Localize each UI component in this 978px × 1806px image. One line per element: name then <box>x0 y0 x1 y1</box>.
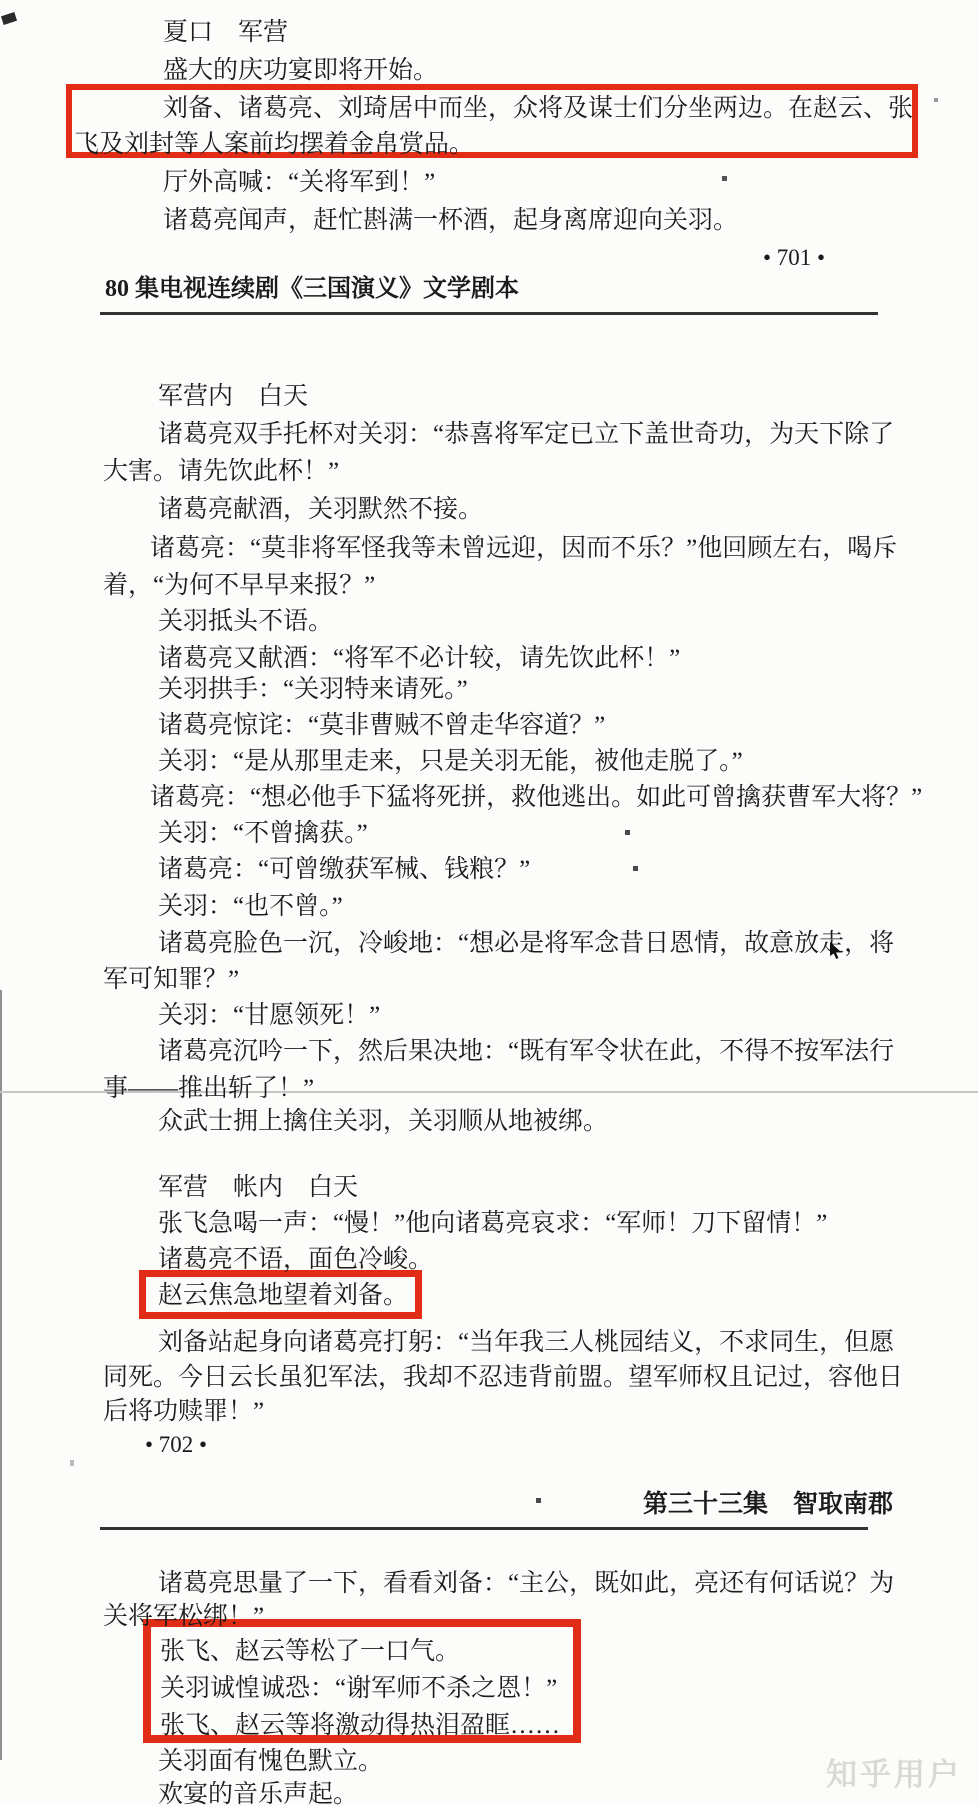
text-line: 张飞急喝一声：“慢！”他向诸葛亮哀求：“军师！刀下留情！” <box>158 1210 827 1238</box>
text-line: 赵云焦急地望着刘备。 <box>158 1282 408 1310</box>
running-header: 80 集电视连续剧《三国演义》文学剧本 <box>105 276 519 303</box>
text-line: 诸葛亮献酒，关羽默然不接。 <box>158 496 483 524</box>
text-line: 诸葛亮思量了一下，看看刘备：“主公，既如此，亮还有何话说？为 <box>158 1570 894 1598</box>
text-line: 刘备站起身向诸葛亮打躬：“当年我三人桃园结义，不求同生，但愿 <box>158 1329 894 1357</box>
text-line: 诸葛亮：“可曾缴获军械、钱粮？” <box>158 856 530 884</box>
text-line: 诸葛亮又献酒：“将军不必计较，请先饮此杯！” <box>158 645 680 673</box>
text-line: 欢宴的音乐声起。 <box>158 1781 358 1806</box>
zhihu-watermark: 知乎用户 <box>826 1749 962 1794</box>
text-line: 关羽面有愧色默立。 <box>158 1748 383 1776</box>
text-line: 大害。请先饮此杯！” <box>103 458 339 486</box>
page-number-701: • 701 • <box>763 245 825 271</box>
text-line: 盛大的庆功宴即将开始。 <box>163 57 438 85</box>
text-line: 关羽：“也不曾。” <box>158 893 343 921</box>
text-line: 关羽诚惶诚恐：“谢军师不杀之恩！” <box>160 1675 557 1703</box>
text-line: 刘备、诸葛亮、刘琦居中而坐，众将及谋士们分坐两边。在赵云、张 <box>163 95 913 123</box>
text-line: 诸葛亮闻声，赶忙斟满一杯酒，起身离席迎向关羽。 <box>163 207 738 235</box>
text-line: 诸葛亮：“莫非将军怪我等未曾远迎，因而不乐？”他回顾左右，喝斥 <box>150 535 897 563</box>
text-line: 关羽抵头不语。 <box>158 608 333 636</box>
scene-heading-tent-day: 军营 帐内 白天 <box>158 1174 358 1202</box>
text-line: 军可知罪？” <box>103 966 239 994</box>
text-line: 诸葛亮脸色一沉，冷峻地：“想必是将军念昔日恩情，故意放走，将 <box>158 930 894 958</box>
scanned-script-page: 夏口 军营盛大的庆功宴即将开始。刘备、诸葛亮、刘琦居中而坐，众将及谋士们分坐两边… <box>0 0 978 1806</box>
text-line: 诸葛亮不语，面色冷峻。 <box>158 1246 433 1274</box>
text-line: 关羽：“是从那里走来，只是关羽无能，被他走脱了。” <box>158 748 743 776</box>
text-line: 关羽：“甘愿领死！” <box>158 1002 380 1030</box>
text-line: 诸葛亮：“想必他手下猛将死拼，救他逃出。如此可曾擒获曹军大将？” <box>150 784 922 812</box>
text-line: 飞及刘封等人案前均摆着金帛赏品。 <box>74 131 474 159</box>
text-line: 着，“为何不早早来报？” <box>103 572 375 600</box>
page-number-702: • 702 • <box>145 1432 207 1458</box>
text-line: 众武士拥上擒住关羽，关羽顺从地被绑。 <box>158 1108 608 1136</box>
text-line: 事——推出斩了！” <box>103 1075 314 1103</box>
text-line: 张飞、赵云等将激动得热泪盈眶…… <box>160 1712 560 1740</box>
text-line: 关羽：“不曾擒获。” <box>158 820 368 848</box>
scene-heading-xiakou-camp: 夏口 军营 <box>163 19 288 47</box>
mouse-cursor-icon <box>829 942 843 960</box>
text-line: 诸葛亮惊诧：“莫非曹贼不曾走华容道？” <box>158 712 605 740</box>
text-line: 后将功赎罪！” <box>103 1398 264 1426</box>
text-layer: 夏口 军营盛大的庆功宴即将开始。刘备、诸葛亮、刘琦居中而坐，众将及谋士们分坐两边… <box>0 0 978 1806</box>
scene-heading-camp-day: 军营内 白天 <box>158 383 308 411</box>
text-line: 厅外高喊：“关将军到！” <box>163 169 435 197</box>
header-rule-701 <box>100 312 878 315</box>
text-line: 张飞、赵云等松了一口气。 <box>160 1638 460 1666</box>
header-rule-702 <box>100 1527 868 1530</box>
chapter-header: 第三十三集 智取南郡 <box>643 1491 893 1519</box>
text-line: 关将军松绑！” <box>103 1603 264 1631</box>
text-line: 同死。今日云长虽犯军法，我却不忍违背前盟。望军师权且记过，容他日 <box>103 1364 903 1392</box>
text-line: 诸葛亮沉吟一下，然后果决地：“既有军令状在此，不得不按军法行 <box>158 1038 894 1066</box>
text-line: 关羽拱手：“关羽特来请死。” <box>158 676 468 704</box>
text-line: 诸葛亮双手托杯对关羽：“恭喜将军定已立下盖世奇功，为天下除了 <box>158 421 894 449</box>
